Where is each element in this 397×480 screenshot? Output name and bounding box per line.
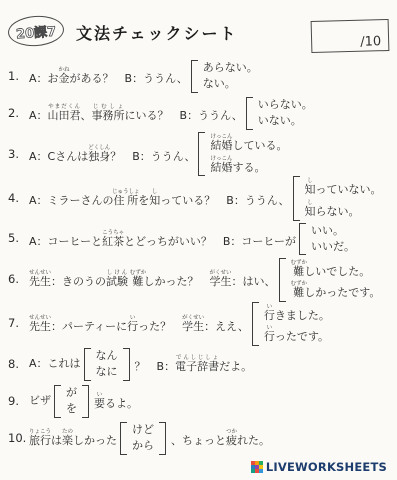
- bracket-left-icon: [198, 132, 205, 176]
- logo-grid-cell: [251, 461, 255, 465]
- choice-group: いい。いいだ。: [299, 223, 355, 255]
- bracket-left-icon: [293, 176, 300, 220]
- choice-group: 行いきました。行いったです。: [252, 302, 330, 346]
- question-number: 3.: [8, 148, 29, 161]
- bracket-left-icon: [84, 348, 91, 380]
- choice-option[interactable]: 結婚けっこんしている。: [210, 134, 287, 153]
- furigana: じゅうしょ: [112, 189, 140, 195]
- choice-group: けどから: [120, 422, 166, 454]
- question-number: 4.: [8, 192, 29, 205]
- ruby-text: 先生せんせい: [29, 275, 51, 288]
- choice-option[interactable]: 行いきました。: [264, 304, 330, 323]
- choice-group: 難むずかしいでした。難むずかしかったです。: [279, 258, 381, 302]
- choice-group: 結婚けっこんしている。結婚けっこんする。: [198, 132, 287, 176]
- bracket-left-icon: [299, 223, 306, 255]
- furigana: しけん: [106, 270, 128, 276]
- bracket-left-icon: [252, 302, 259, 346]
- furigana: たの: [62, 429, 73, 435]
- question-row: 7.先生せんせい：パーティーに行いった？ 学生がくせい：ええ、行いきました。行い…: [8, 302, 393, 346]
- ruby-text: 行い: [264, 309, 275, 322]
- choice-group: なんなに: [84, 348, 130, 380]
- choice-option[interactable]: 難むずかしかったです。: [291, 281, 381, 300]
- ruby-text: 紅茶こうちゃ: [102, 235, 124, 248]
- choice-option[interactable]: 行いったです。: [264, 325, 330, 344]
- ruby-text: 知し: [149, 194, 160, 207]
- furigana: し: [305, 200, 316, 206]
- question-row: 9.ビザがを要いるよ。: [8, 383, 393, 420]
- bracket-left-icon: [246, 97, 253, 129]
- ruby-text: 要い: [94, 397, 105, 410]
- logo-grid-cell: [255, 465, 259, 469]
- ruby-text: 独身どくしん: [88, 150, 110, 163]
- choice-list: がを: [66, 385, 77, 417]
- ruby-text: 結婚けっこん: [210, 139, 232, 152]
- furigana: つか: [226, 429, 237, 435]
- furigana: どくしん: [88, 145, 110, 151]
- question-text: 旅行りょこうは楽たのしかった: [29, 429, 117, 448]
- choice-option[interactable]: いない。: [258, 115, 313, 128]
- furigana: い: [264, 325, 275, 331]
- furigana: い: [127, 315, 138, 321]
- question-number: 6.: [8, 273, 29, 286]
- question-number: 5.: [8, 232, 29, 245]
- logo-grid-cell: [259, 461, 263, 465]
- bracket-right-icon: [159, 422, 166, 454]
- furigana: し: [305, 178, 316, 184]
- ruby-text: 先生せんせい: [29, 320, 51, 333]
- question-text-post: 要いるよ。: [94, 392, 138, 411]
- question-text: A：ミラーさんの住所じゅうしょを知しっている？ B：ううん、: [29, 189, 290, 208]
- furigana: けっこん: [210, 156, 232, 162]
- question-row: 1.A：お金かねがある？ B：ううん、あらない。ない。: [8, 58, 393, 95]
- choice-option[interactable]: いらない。: [258, 99, 313, 112]
- question-text: ビザ: [29, 395, 51, 408]
- choice-list: 難むずかしいでした。難むずかしかったです。: [291, 258, 381, 302]
- choice-option[interactable]: から: [132, 440, 154, 453]
- choice-group: がを: [54, 385, 89, 417]
- ruby-text: 山田君やまだくん: [48, 109, 81, 122]
- choice-list: 結婚けっこんしている。結婚けっこんする。: [210, 132, 287, 176]
- ruby-text: 知し: [305, 183, 316, 196]
- bracket-left-icon: [54, 385, 61, 417]
- bracket-left-icon: [120, 422, 127, 454]
- choice-option[interactable]: けど: [132, 424, 154, 437]
- furigana: でんしじしょ: [175, 355, 219, 361]
- logo-grid-cell: [251, 469, 255, 473]
- questions-list: 1.A：お金かねがある？ B：ううん、あらない。ない。2.A：山田君やまだくん、…: [0, 46, 397, 457]
- question-text: A：Cさんは独身どくしん？ B：ううん、: [29, 145, 195, 164]
- choice-option[interactable]: いい。: [311, 225, 355, 238]
- choice-list: あらない。ない。: [203, 60, 258, 92]
- choice-option[interactable]: 知しらない。: [305, 200, 382, 219]
- furigana: じむしょ: [92, 104, 125, 110]
- question-row: 6.先生せんせい：きのうの試験しけん 難むずかしかった？ 学生がくせい：はい、難…: [8, 258, 393, 302]
- furigana: がくせい: [210, 270, 232, 276]
- lesson-badge: 20課7: [7, 14, 65, 48]
- choice-group: 知しっていない。知しらない。: [293, 176, 382, 220]
- bracket-right-icon: [82, 385, 89, 417]
- ruby-text: 行い: [127, 320, 138, 333]
- choice-option[interactable]: なに: [96, 366, 118, 379]
- choice-option[interactable]: 結婚けっこんする。: [210, 156, 287, 175]
- choice-option[interactable]: なん: [96, 350, 118, 363]
- footer-brand: LIVEWORKSHEETS: [251, 460, 387, 474]
- question-text-post: 、ちょっと疲つかれた。: [171, 429, 270, 448]
- ruby-text: 金かね: [59, 72, 70, 85]
- choice-option[interactable]: 知しっていない。: [305, 178, 382, 197]
- question-number: 2.: [8, 107, 29, 120]
- furigana: むずか: [130, 270, 147, 276]
- furigana: やまだくん: [48, 104, 81, 110]
- ruby-text: 住所じゅうしょ: [114, 194, 139, 207]
- furigana: し: [149, 189, 160, 195]
- brand-text: LIVEWORKSHEETS: [266, 460, 387, 474]
- bracket-left-icon: [279, 258, 286, 302]
- ruby-text: 学生がくせい: [182, 320, 204, 333]
- furigana: い: [94, 392, 105, 398]
- ruby-text: 学生がくせい: [210, 275, 232, 288]
- ruby-text: 知し: [305, 205, 316, 218]
- furigana: かね: [59, 67, 70, 73]
- logo-grid-cell: [259, 469, 263, 473]
- logo-grid-cell: [259, 465, 263, 469]
- ruby-text: 結婚けっこん: [210, 161, 232, 174]
- furigana: むずか: [291, 281, 308, 287]
- furigana: がくせい: [182, 315, 204, 321]
- furigana: せんせい: [29, 315, 51, 321]
- furigana: りょこう: [29, 429, 51, 435]
- question-row: 8.A：これはなんなに？ B：電子辞書でんしじしょだよ。: [8, 346, 393, 383]
- question-text: A：これは: [29, 358, 81, 371]
- ruby-text: 難むずか: [291, 265, 305, 278]
- bracket-right-icon: [123, 348, 130, 380]
- choice-option[interactable]: あらない。: [203, 62, 258, 75]
- ruby-text: 難むずか: [291, 286, 305, 299]
- question-text: A：山田君やまだくん、事務所じむしょにいる？ B：ううん、: [29, 104, 243, 123]
- ruby-text: 疲つか: [226, 434, 237, 447]
- choice-list: なんなに: [96, 348, 118, 380]
- choice-option[interactable]: を: [66, 403, 77, 416]
- question-text: 先生せんせい：パーティーに行いった？ 学生がくせい：ええ、: [29, 315, 249, 334]
- ruby-text: 旅行りょこう: [29, 434, 51, 447]
- bracket-left-icon: [191, 60, 198, 92]
- choice-list: 知しっていない。知しらない。: [305, 176, 382, 220]
- score-label: /10: [360, 34, 381, 50]
- choice-list: 行いきました。行いったです。: [264, 302, 330, 346]
- question-number: 10.: [8, 432, 29, 445]
- logo-grid-cell: [251, 465, 255, 469]
- question-text: 先生せんせい：きのうの試験しけん 難むずかしかった？ 学生がくせい：はい、: [29, 270, 276, 289]
- question-text: A：コーヒーと紅茶こうちゃとどっちがいい？ B：コーヒーが: [29, 230, 296, 249]
- logo-grid-cell: [255, 469, 259, 473]
- score-box: /10: [311, 19, 390, 53]
- question-text-post: ？ B：電子辞書でんしじしょだよ。: [135, 355, 253, 374]
- furigana: い: [264, 304, 275, 310]
- furigana: こうちゃ: [102, 230, 124, 236]
- ruby-text: 難むずか: [132, 275, 144, 288]
- choice-list: いい。いいだ。: [311, 223, 355, 255]
- furigana: せんせい: [29, 270, 51, 276]
- choice-group: あらない。ない。: [191, 60, 258, 92]
- ruby-text: 楽たの: [62, 434, 73, 447]
- choice-option[interactable]: ない。: [203, 78, 258, 91]
- question-number: 1.: [8, 70, 29, 83]
- choice-list: いらない。いない。: [258, 97, 313, 129]
- question-row: 5.A：コーヒーと紅茶こうちゃとどっちがいい？ B：コーヒーがいい。いいだ。: [8, 221, 393, 258]
- question-row: 2.A：山田君やまだくん、事務所じむしょにいる？ B：ううん、いらない。いない。: [8, 95, 393, 132]
- choice-option[interactable]: いいだ。: [311, 241, 355, 254]
- furigana: けっこん: [210, 134, 232, 140]
- choice-option[interactable]: が: [66, 387, 77, 400]
- question-number: 7.: [8, 317, 29, 330]
- question-number: 8.: [8, 358, 29, 371]
- question-row: 10.旅行りょこうは楽たのしかったけどから、ちょっと疲つかれた。: [8, 420, 393, 457]
- liveworksheets-logo-icon: [251, 461, 263, 473]
- question-row: 4.A：ミラーさんの住所じゅうしょを知しっている？ B：ううん、知しっていない。…: [8, 176, 393, 220]
- ruby-text: 試験しけん: [106, 275, 128, 288]
- page-title: 文法チェックシート: [76, 21, 238, 44]
- choice-option[interactable]: 難むずかしいでした。: [291, 260, 381, 279]
- question-number: 9.: [8, 395, 29, 408]
- ruby-text: 行い: [264, 330, 275, 343]
- choice-group: いらない。いない。: [246, 97, 313, 129]
- question-text: A：お金かねがある？ B：ううん、: [29, 67, 188, 86]
- logo-grid-cell: [255, 461, 259, 465]
- furigana: むずか: [291, 260, 308, 266]
- choice-list: けどから: [132, 422, 154, 454]
- ruby-text: 事務所じむしょ: [92, 109, 125, 122]
- ruby-text: 電子辞書でんしじしょ: [175, 360, 219, 373]
- question-row: 3.A：Cさんは独身どくしん？ B：ううん、結婚けっこんしている。結婚けっこんす…: [8, 132, 393, 176]
